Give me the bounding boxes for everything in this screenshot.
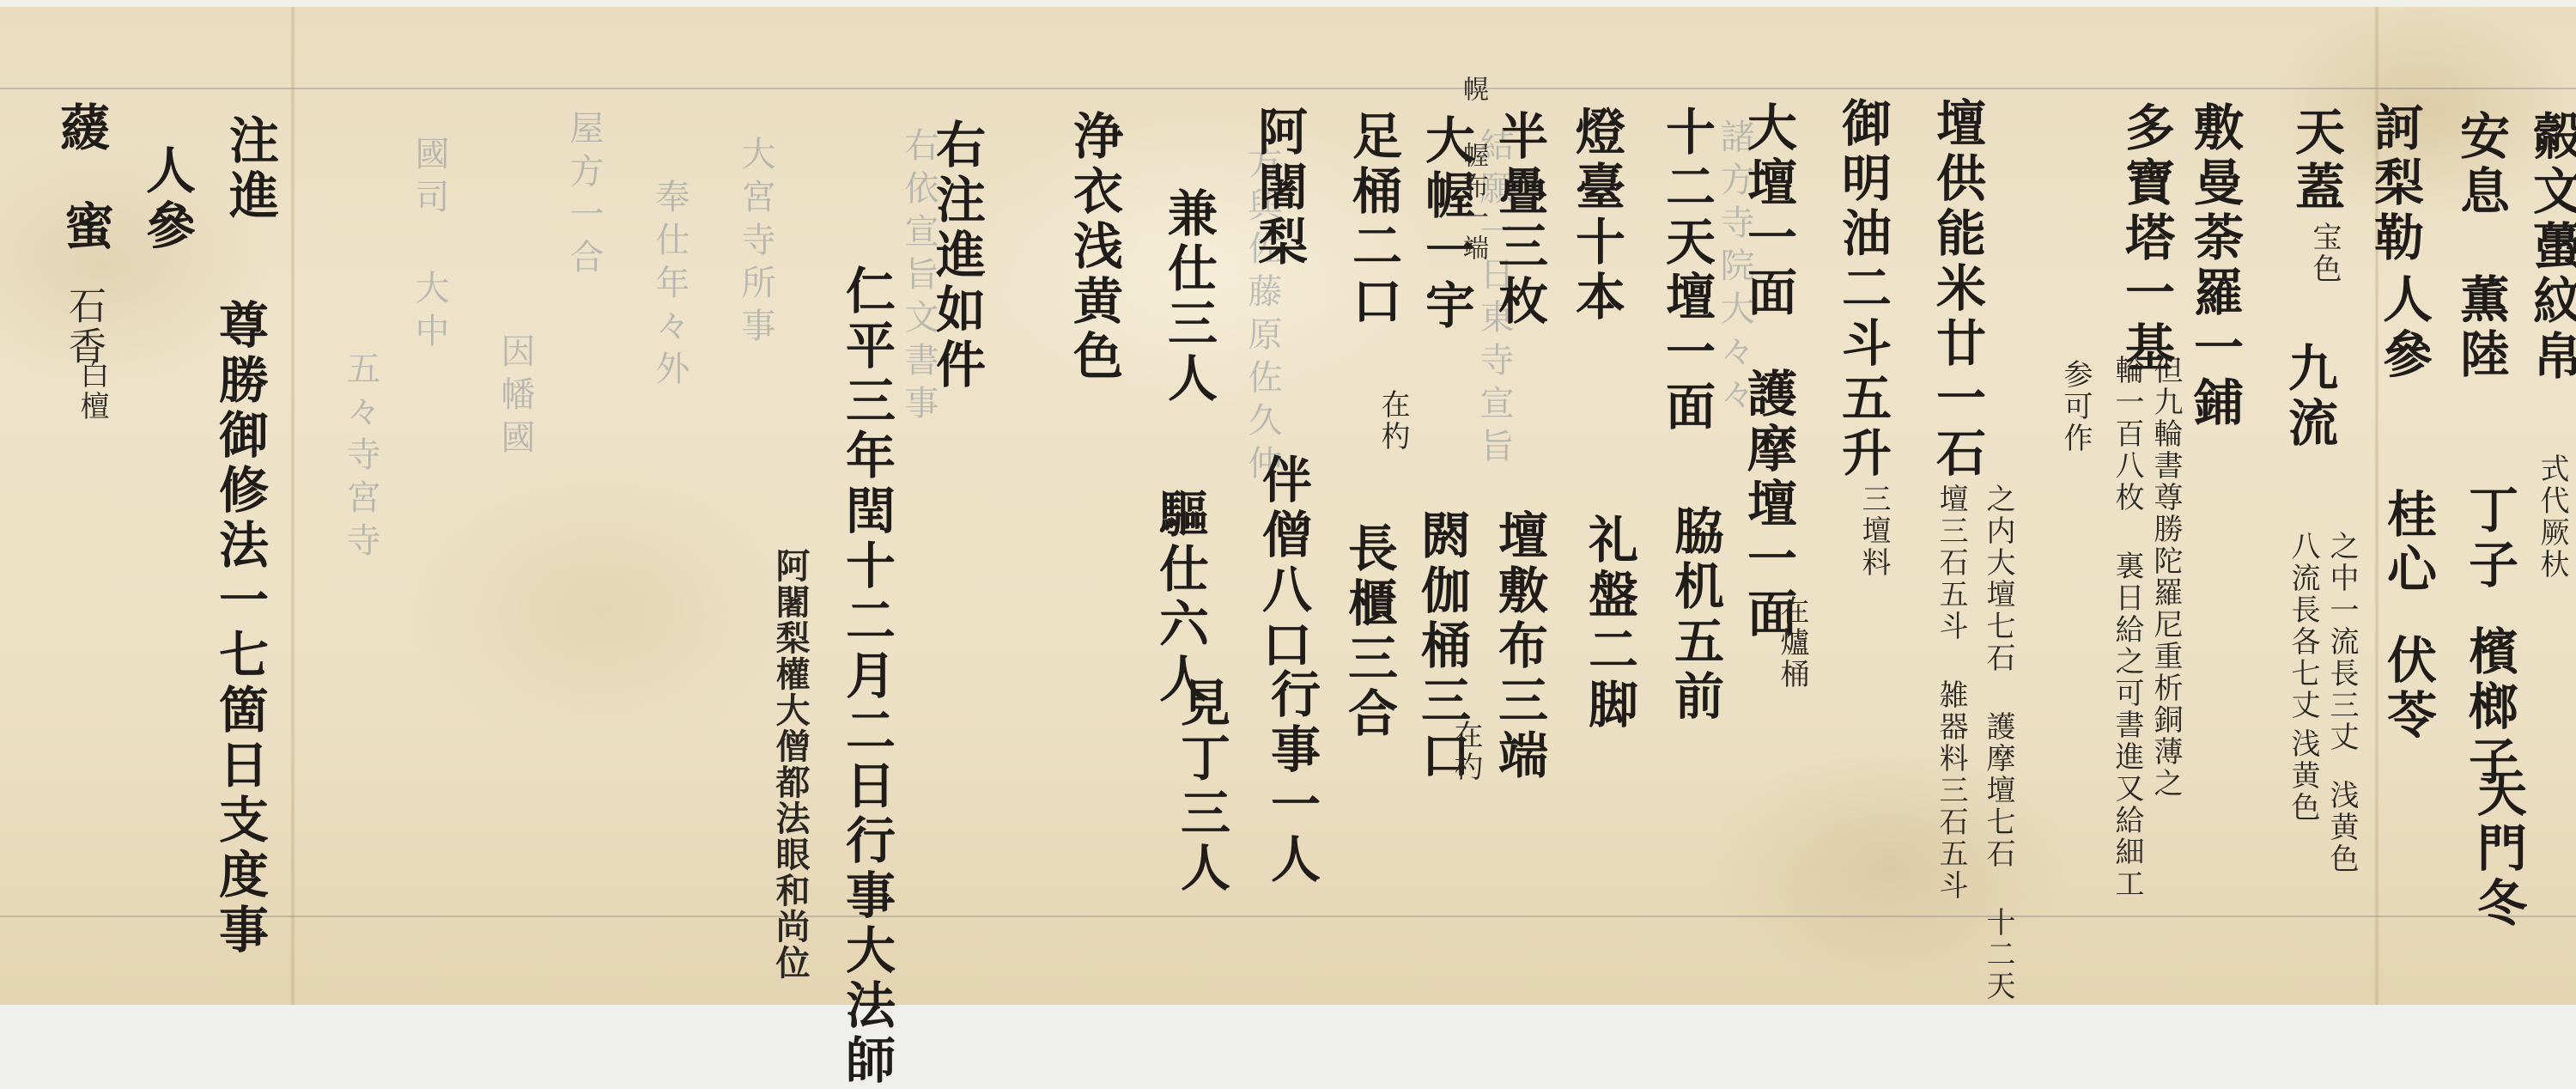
text-column: 藧: [56, 101, 106, 156]
text-column: 檳榔子: [2464, 625, 2514, 790]
text-column: 十二天壇一面: [1662, 106, 1711, 435]
annotation: 浅黄色: [2327, 780, 2356, 875]
text-column: 天蓋: [2291, 106, 2341, 216]
text-column: 阿闍梨: [1254, 106, 1303, 271]
annotation: 輪一百八枚 裏日給之可書進又給細工: [2112, 355, 2142, 900]
text-column: 薫陸: [2456, 273, 2506, 383]
annotation: 在爐桶: [1777, 595, 1807, 691]
text-column: 仁平三年閏十二月二日行事大法師: [841, 265, 891, 1012]
annotation: 浅黄色: [2288, 728, 2318, 824]
annotation: 在杓: [1451, 720, 1480, 783]
text-column: 伴僧八口: [1258, 453, 1308, 673]
text-column: 蜜: [60, 200, 110, 255]
show-through-text: 奉仕年々外: [653, 179, 687, 393]
show-through-text: 大宮寺所事: [738, 136, 773, 350]
text-column: 浄衣浅黄色: [1069, 110, 1119, 385]
text-column: 壇敷布三端: [1494, 509, 1544, 784]
annotation: 式代厥杕: [2537, 453, 2567, 581]
annotation: 壇三石五斗 雑器料三石五斗: [1936, 484, 1965, 902]
text-column: 驅仕六人: [1155, 488, 1205, 708]
text-column: 脇机五前: [1670, 505, 1720, 725]
annotation: 之中一流長三丈: [2327, 531, 2356, 753]
title-column: 尊勝御修法一七箇日支度事: [215, 299, 264, 958]
text-column: 訶梨勒: [2370, 101, 2420, 266]
bottom-ruling-line: [0, 916, 2576, 917]
show-through-text: 國司 大中: [412, 136, 447, 356]
cut-off-column: [0, 110, 26, 165]
text-column: 桂心: [2383, 488, 2433, 598]
text-column: 兼仕三人: [1163, 187, 1213, 407]
show-through-text: 五々寺宮寺: [343, 350, 378, 565]
text-column: 㲉文蠆紋帛: [2529, 110, 2576, 385]
top-ruling-line: [0, 88, 2576, 89]
text-column: 行事一人: [1267, 668, 1316, 888]
annotation: 三壇料: [1859, 484, 1888, 579]
annotation: 但九輪書尊勝陀羅尼重析銅薄之: [2151, 355, 2180, 800]
annotation: 宝色: [2310, 222, 2339, 285]
text-column: 礼盤二脚: [1584, 514, 1634, 733]
text-column: 伏苓: [2383, 634, 2433, 744]
text-column: 敷曼荼羅一鋪: [2190, 101, 2239, 431]
text-column: 壇供能米廿一石: [1932, 97, 1982, 482]
text-column: 人參: [2379, 273, 2428, 383]
annotation: 在杓: [1378, 389, 1407, 453]
show-through-text: 因幡國: [498, 333, 532, 462]
text-column: 大壇一面: [1743, 101, 1793, 321]
text-column: 多寶塔一基: [2121, 101, 2171, 376]
text-column: 九流: [2284, 342, 2334, 452]
show-through-text: 屋方一合: [567, 110, 601, 282]
annotation: 白檀: [77, 359, 106, 423]
paper-seam: [290, 7, 295, 1005]
text-column: 天門冬: [2473, 767, 2523, 932]
text-column: 御明油二斗五升: [1838, 97, 1887, 482]
text-column: 燈臺十本: [1571, 106, 1621, 325]
text-column: 石香: [64, 286, 102, 367]
handscroll-document: 諸方寺院大々々 結願一日東寺宣旨 方與佐藤原佐久仲 右依宣旨文書事 大宮寺所事 …: [0, 7, 2576, 1005]
text-column: 注進: [225, 114, 275, 224]
annotation: 八流長各七丈: [2288, 531, 2318, 721]
annotation: 之内大壇七石 護摩壇七石 十二天: [1984, 484, 2013, 1002]
signature-line: 阿闍梨權大僧都法眼和尚位: [773, 548, 807, 981]
text-column: 人參: [142, 144, 191, 254]
text-column: 半疊三枚: [1494, 110, 1544, 330]
text-column: 右注進如件: [932, 119, 981, 393]
text-column: 丁子: [2464, 484, 2514, 593]
interlinear-annotation: 幌 幄布一端: [1460, 76, 1485, 265]
text-column: 足桶二口: [1348, 110, 1398, 330]
text-column: 安息: [2456, 110, 2506, 220]
annotation: 参可作: [2061, 359, 2090, 454]
text-column: 見丁三人: [1176, 677, 1226, 897]
text-column: 長櫃三合: [1344, 522, 1394, 742]
